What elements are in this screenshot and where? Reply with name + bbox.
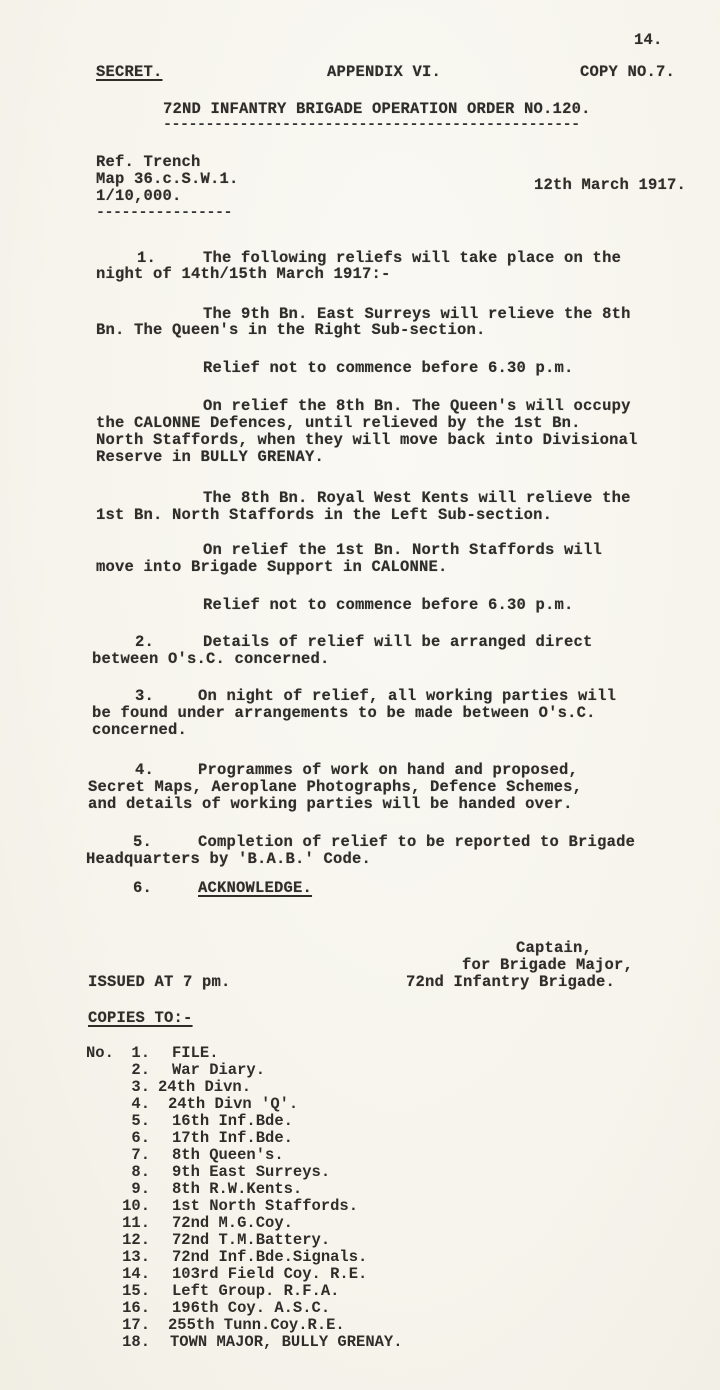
para-1b-line: Relief not to commence before 6.30 p.m. bbox=[203, 360, 574, 377]
copy-number: 5. bbox=[110, 1113, 150, 1130]
copy-recipient: 17th Inf.Bde. bbox=[172, 1130, 293, 1147]
copy-number: 7. bbox=[110, 1147, 150, 1164]
classification-label: SECRET. bbox=[96, 64, 163, 81]
copy-recipient: 8th Queen's. bbox=[172, 1147, 284, 1164]
para-3-line: On night of relief, all working parties … bbox=[198, 688, 616, 705]
para-2-line: between O's.C. concerned. bbox=[92, 651, 330, 668]
copies-heading: COPIES TO:- bbox=[88, 1010, 193, 1027]
para-3-number: 3. bbox=[135, 688, 154, 705]
copy-number: 1. bbox=[110, 1045, 150, 1062]
document-page: 14. SECRET. APPENDIX VI. COPY NO.7. 72ND… bbox=[0, 0, 720, 1390]
copy-number: 6. bbox=[110, 1130, 150, 1147]
copy-number: 16. bbox=[110, 1300, 150, 1317]
copy-recipient: 72nd T.M.Battery. bbox=[172, 1232, 330, 1249]
copy-recipient: War Diary. bbox=[172, 1062, 265, 1079]
signature-rank: Captain, bbox=[516, 940, 592, 957]
reference-line-2: Map 36.c.S.W.1. bbox=[96, 171, 239, 188]
para-3-line: be found under arrangements to be made b… bbox=[92, 705, 596, 722]
para-1c-line: the CALONNE Defences, until relieved by … bbox=[96, 415, 581, 432]
para-1c-line: North Staffords, when they will move bac… bbox=[96, 432, 638, 449]
copy-recipient: 24th Divn 'Q'. bbox=[168, 1096, 298, 1113]
copy-recipient: 72nd Inf.Bde.Signals. bbox=[172, 1249, 367, 1266]
para-2-line: Details of relief will be arranged direc… bbox=[203, 634, 593, 651]
para-1c-line: On relief the 8th Bn. The Queen's will o… bbox=[203, 398, 631, 415]
copy-number: 11. bbox=[110, 1215, 150, 1232]
para-1e-line: On relief the 1st Bn. North Staffords wi… bbox=[203, 542, 602, 559]
para-5-line: Completion of relief to be reported to B… bbox=[198, 834, 635, 851]
para-1f-line: Relief not to commence before 6.30 p.m. bbox=[203, 597, 574, 614]
copy-recipient: 24th Divn. bbox=[158, 1079, 251, 1096]
para-4-number: 4. bbox=[135, 762, 154, 779]
para-1d-line: The 8th Bn. Royal West Kents will reliev… bbox=[203, 490, 631, 507]
para-3-line: concerned. bbox=[92, 722, 187, 739]
issued-time: ISSUED AT 7 pm. bbox=[88, 974, 231, 991]
copy-number: 10. bbox=[110, 1198, 150, 1215]
copy-number: 9. bbox=[110, 1181, 150, 1198]
copy-number: 14. bbox=[110, 1266, 150, 1283]
title-rule: ----------------------------------------… bbox=[163, 116, 580, 133]
copy-recipient: FILE. bbox=[172, 1045, 219, 1062]
acknowledge-instruction: ACKNOWLEDGE. bbox=[198, 880, 312, 897]
para-1d-line: 1st Bn. North Staffords in the Left Sub-… bbox=[96, 507, 552, 524]
reference-line-3: 1/10,000. bbox=[96, 188, 182, 205]
copy-recipient: 255th Tunn.Coy.R.E. bbox=[168, 1317, 345, 1334]
copy-recipient: Left Group. R.F.A. bbox=[172, 1283, 339, 1300]
copy-number: 15. bbox=[110, 1283, 150, 1300]
copy-number: COPY NO.7. bbox=[580, 64, 675, 81]
reference-line-1: Ref. Trench bbox=[96, 154, 201, 171]
copy-recipient: 196th Coy. A.S.C. bbox=[172, 1300, 330, 1317]
para-5-line: Headquarters by 'B.A.B.' Code. bbox=[86, 851, 371, 868]
order-date: 12th March 1917. bbox=[534, 177, 686, 194]
copy-recipient: 1st North Staffords. bbox=[172, 1198, 358, 1215]
copy-number: 3. bbox=[110, 1079, 150, 1096]
appendix-label: APPENDIX VI. bbox=[327, 64, 441, 81]
para-5-number: 5. bbox=[133, 834, 152, 851]
para-2-number: 2. bbox=[135, 634, 154, 651]
copy-number: 13. bbox=[110, 1249, 150, 1266]
para-1-line: night of 14th/15th March 1917:- bbox=[96, 266, 391, 283]
copy-number: 17. bbox=[110, 1317, 150, 1334]
para-6-number: 6. bbox=[133, 880, 152, 897]
signature-for: for Brigade Major, bbox=[462, 957, 633, 974]
copy-number: 18. bbox=[110, 1334, 150, 1351]
para-4-line: Programmes of work on hand and proposed, bbox=[198, 762, 578, 779]
copy-number: 8. bbox=[110, 1164, 150, 1181]
copy-number: 4. bbox=[110, 1096, 150, 1113]
para-1c-line: Reserve in BULLY GRENAY. bbox=[96, 449, 324, 466]
copy-recipient: 72nd M.G.Coy. bbox=[172, 1215, 293, 1232]
copy-number: 12. bbox=[110, 1232, 150, 1249]
para-4-line: Secret Maps, Aeroplane Photographs, Defe… bbox=[88, 779, 582, 796]
copy-recipient: 16th Inf.Bde. bbox=[172, 1113, 293, 1130]
copy-number: 2. bbox=[110, 1062, 150, 1079]
para-4-line: and details of working parties will be h… bbox=[88, 796, 573, 813]
reference-rule: ---------------- bbox=[96, 204, 232, 221]
para-1a-line: Bn. The Queen's in the Right Sub-section… bbox=[96, 322, 486, 339]
copy-recipient: 8th R.W.Kents. bbox=[172, 1181, 302, 1198]
signature-unit: 72nd Infantry Brigade. bbox=[406, 974, 615, 991]
copy-recipient: 103rd Field Coy. R.E. bbox=[172, 1266, 367, 1283]
copy-recipient: 9th East Surreys. bbox=[172, 1164, 330, 1181]
copy-recipient: TOWN MAJOR, BULLY GRENAY. bbox=[170, 1334, 403, 1351]
para-1e-line: move into Brigade Support in CALONNE. bbox=[96, 559, 448, 576]
page-number: 14. bbox=[634, 32, 663, 49]
